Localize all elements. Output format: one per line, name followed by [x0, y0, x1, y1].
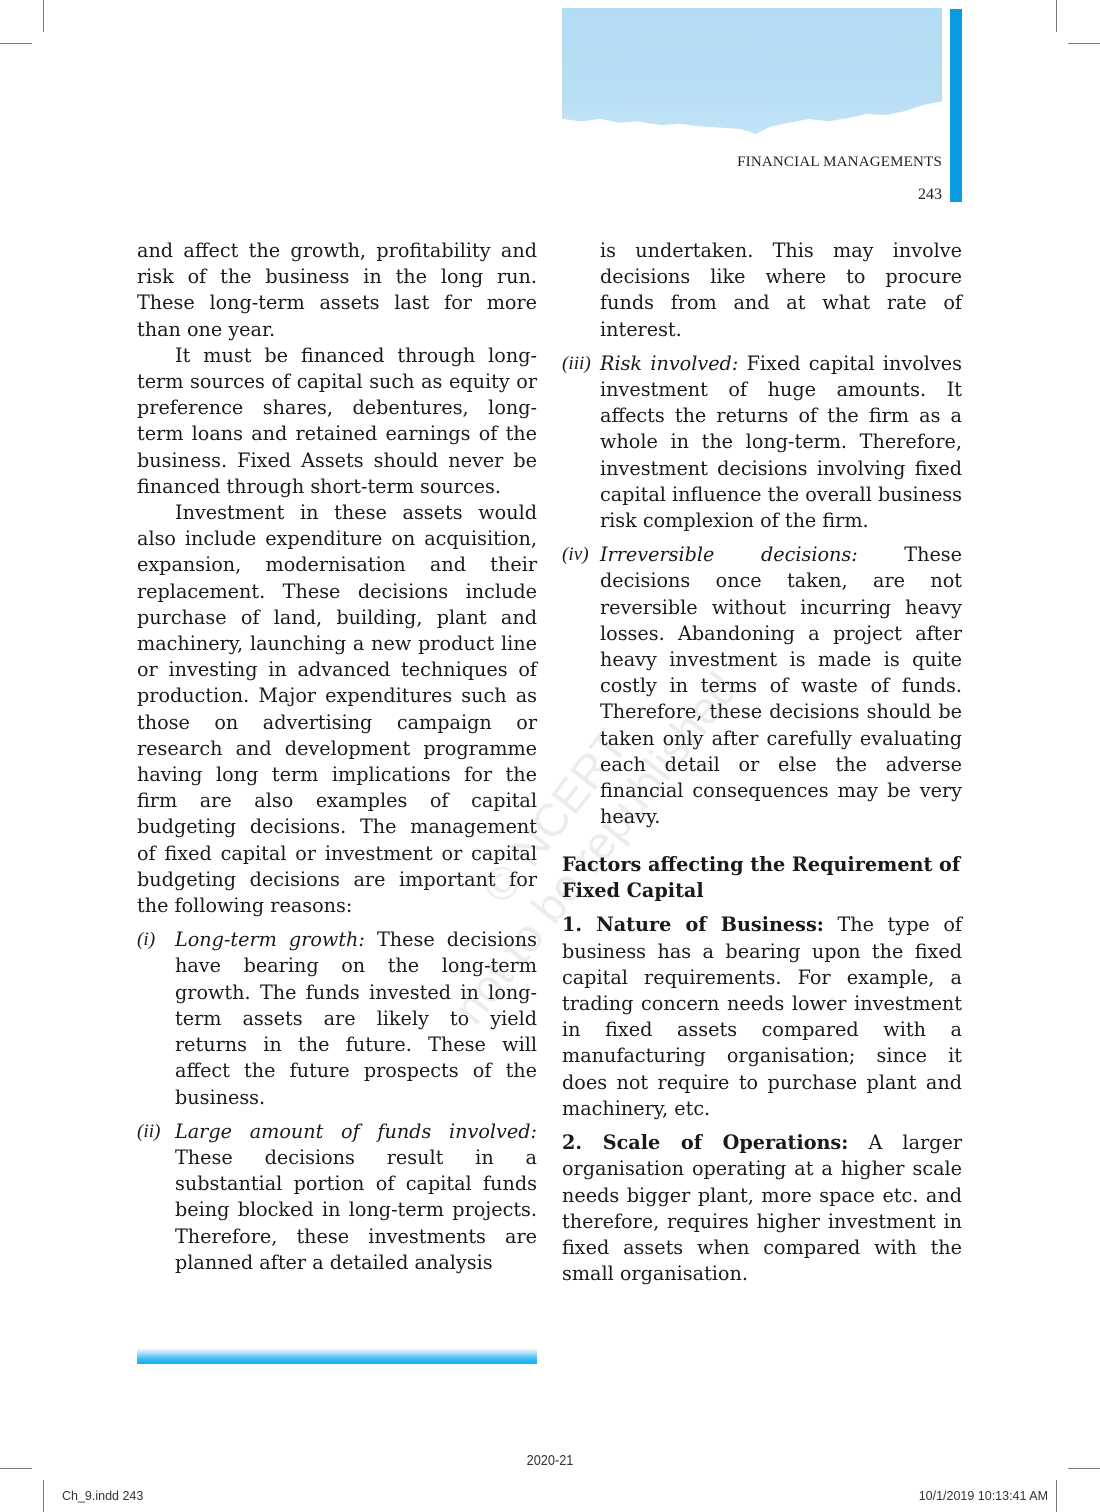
factor-scale-of-operations: 2. Scale of Operations: A larger organis… — [562, 1130, 962, 1287]
crop-mark — [1056, 1480, 1057, 1512]
slug-file-name: Ch_9.indd 243 — [62, 1489, 143, 1503]
crop-mark — [0, 43, 32, 44]
reason-item-iv: (iv) Irreversible decisions: These decis… — [562, 542, 962, 830]
factor-text: The type of business has a bearing upon … — [562, 913, 962, 1119]
reason-item-iii: (iii) Risk involved: Fixed capital invol… — [562, 351, 962, 534]
reason-text: These decisions result in a substantial … — [175, 1146, 537, 1274]
list-number: (i) — [137, 927, 155, 953]
paragraph: is undertaken. This may involve decision… — [600, 239, 962, 341]
left-column: and affect the growth, profitability and… — [137, 238, 537, 1276]
reason-text: These decisions have bearing on the long… — [175, 928, 537, 1108]
right-column: is undertaken. This may involve decision… — [562, 238, 962, 1287]
factor-lead: 2. Scale of Operations: — [562, 1131, 848, 1154]
reason-text: These decisions once taken, are not reve… — [600, 543, 962, 828]
header-accent-bar — [950, 9, 962, 202]
crop-mark — [43, 1480, 44, 1512]
factor-nature-of-business: 1. Nature of Business: The type of busin… — [562, 912, 962, 1122]
reason-item-i: (i) Long-term growth: These decisions ha… — [137, 927, 537, 1110]
list-number: (ii) — [137, 1119, 160, 1145]
reason-item-ii: (ii) Large amount of funds involved: The… — [137, 1119, 537, 1276]
reason-text: Fixed capital involves investment of hug… — [600, 352, 962, 532]
column-end-rule — [137, 1348, 537, 1364]
crop-mark — [0, 1468, 32, 1469]
reason-term: Irreversible decisions: — [600, 543, 858, 566]
crop-mark — [1068, 1468, 1100, 1469]
paragraph: and affect the growth, profitability and… — [137, 238, 537, 343]
list-number: (iii) — [562, 351, 591, 377]
factor-text: A larger organisation operating at a hig… — [562, 1131, 962, 1285]
footer-year: 2020-21 — [83, 1452, 1018, 1469]
slug-timestamp: 10/1/2019 10:13:41 AM — [919, 1489, 1048, 1503]
running-head: FINANCIAL MANAGEMENTS — [737, 154, 942, 171]
paragraph: Investment in these assets would also in… — [137, 500, 537, 919]
crop-mark — [43, 0, 44, 32]
page-number: 243 — [918, 186, 942, 204]
reason-term: Large amount of funds involved: — [175, 1120, 537, 1143]
factor-lead: 1. Nature of Business: — [562, 913, 824, 936]
list-number: (iv) — [562, 542, 589, 568]
header-decoration — [562, 8, 942, 134]
crop-mark — [1056, 0, 1057, 32]
reason-continuation: is undertaken. This may involve decision… — [562, 238, 962, 343]
crop-mark — [1068, 43, 1100, 44]
reason-term: Risk involved: — [600, 352, 738, 375]
reason-term: Long-term growth: — [175, 928, 365, 951]
paragraph: It must be financed through long-term so… — [137, 343, 537, 500]
section-heading: Factors affecting the Requirement of Fix… — [562, 852, 962, 904]
